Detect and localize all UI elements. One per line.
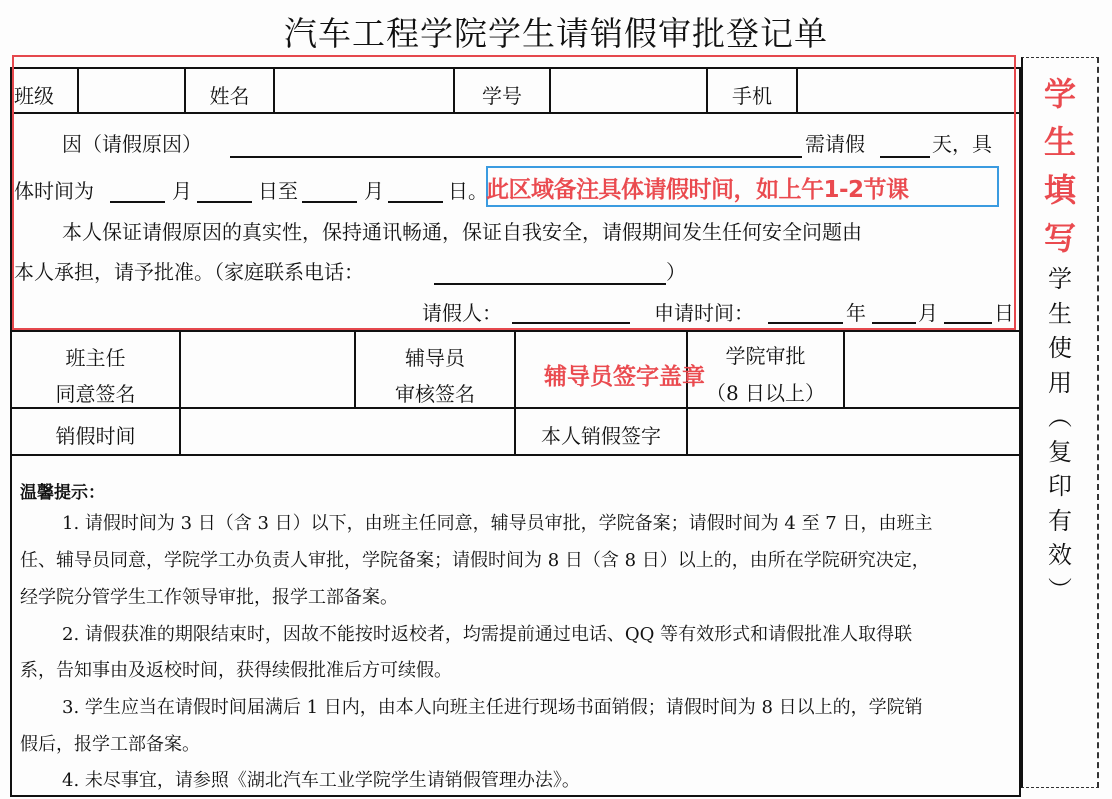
- tips-title: 温馨提示：: [20, 478, 105, 503]
- side-char: 学: [1030, 262, 1090, 297]
- tip-line: 任、辅导员同意，学院学工办负责人审批，学院备案；请假时间为 8 日（含 8 日）…: [20, 542, 930, 579]
- tip-line: 3. 学生应当在请假时间届满后 1 日内，由本人向班主任进行现场书面销假；请假时…: [62, 689, 923, 726]
- tip-line: 经学院分管学生工作领导审批，报学工部备案。: [20, 579, 398, 616]
- college-approval-label-2: （8 日以上）: [688, 377, 843, 406]
- tip-line: 2. 请假获准的期限结束时，因故不能按时返校者，均需提前通过电话、QQ 等有效形…: [62, 616, 912, 653]
- side-char: ︵: [1030, 400, 1090, 435]
- tip-line: 4. 未尽事宜，请参照《湖北汽车工业学院学生请销假管理办法》。: [62, 762, 580, 799]
- side-note-student-fill: 学 生 填 写: [1030, 70, 1090, 262]
- head-teacher-label-2: 同意签名: [12, 378, 179, 407]
- side-char: 学: [1030, 70, 1090, 118]
- side-char: 效: [1030, 538, 1090, 573]
- counselor-stamp-annotation: 辅导员签字盖章: [544, 358, 705, 391]
- counselor-label-2: 审核签名: [356, 378, 514, 407]
- head-teacher-signature-field[interactable]: [182, 333, 353, 406]
- tip-line: 系，告知事由及返校时间，获得续假批准后方可续假。: [20, 652, 452, 689]
- side-char: ︶: [1030, 573, 1090, 608]
- approval-col-divider: [843, 330, 845, 408]
- tip-line: 假后，报学工部备案。: [20, 726, 200, 763]
- head-teacher-label-1: 班主任: [12, 342, 179, 371]
- time-note-annotation: 此区域备注具体请假时间，如上午1-2节课: [486, 171, 909, 204]
- side-char: 用: [1030, 366, 1090, 401]
- side-char: 复: [1030, 435, 1090, 470]
- side-char: 使: [1030, 331, 1090, 366]
- self-cancel-signature-field[interactable]: [689, 410, 1018, 453]
- document-title: 汽车工程学院学生请销假审批登记单: [0, 8, 1112, 55]
- college-approval-label-1: 学院审批: [688, 340, 843, 369]
- tip-line: 1. 请假时间为 3 日（含 3 日）以下，由班主任同意，辅导员审批，学院备案；…: [62, 505, 932, 542]
- side-note-student-use: 学 生 使 用 ︵ 复 印 有 效 ︶: [1030, 262, 1090, 607]
- side-char: 印: [1030, 469, 1090, 504]
- side-char: 生: [1030, 297, 1090, 332]
- side-char: 写: [1030, 214, 1090, 262]
- self-cancel-label: 本人销假签字: [516, 420, 686, 449]
- side-char: 生: [1030, 118, 1090, 166]
- college-approval-field[interactable]: [846, 333, 1018, 406]
- cancel-time-field[interactable]: [182, 410, 513, 453]
- cancel-time-label: 销假时间: [12, 420, 179, 449]
- side-char: 有: [1030, 504, 1090, 539]
- approval-col-divider: [179, 330, 181, 455]
- side-char: 填: [1030, 166, 1090, 214]
- counselor-label-1: 辅导员: [356, 342, 514, 371]
